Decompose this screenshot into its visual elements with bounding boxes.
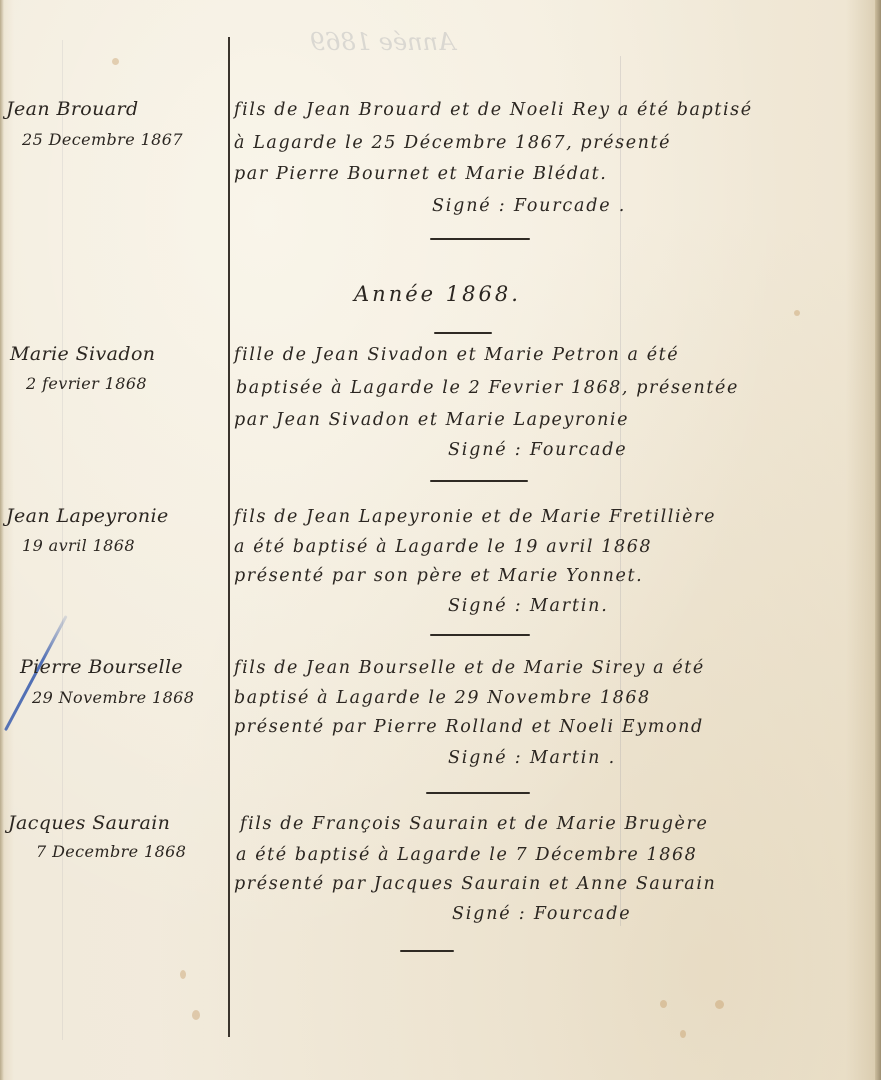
page-left-edge (0, 0, 4, 1080)
page-binding-edge (875, 0, 881, 1080)
signature: Signé : Martin . (448, 748, 616, 768)
faint-guide-rule (620, 56, 621, 926)
entry-text-line: baptisé à Lagarde le 29 Novembre 1868 (234, 688, 651, 708)
margin-date: 29 Novembre 1868 (32, 688, 194, 707)
margin-name: Jacques Saurain (8, 812, 170, 834)
entry-text-line: présenté par Pierre Rolland et Noeli Eym… (234, 717, 704, 737)
entry-text-line: présenté par son père et Marie Yonnet. (234, 566, 643, 586)
signature: Signé : Fourcade (452, 904, 631, 924)
heading-underline (434, 332, 492, 334)
entry-text-line: fille de Jean Sivadon et Marie Petron a … (234, 345, 679, 365)
entry-separator (430, 238, 530, 240)
entry-text-line: fils de François Saurain et de Marie Bru… (240, 814, 708, 834)
foxing-spot (794, 310, 800, 316)
foxing-spot (715, 1000, 724, 1009)
bleed-through-text (10, 258, 870, 282)
entry-text-line: par Jean Sivadon et Marie Lapeyronie (234, 410, 629, 430)
register-page: Année 1869 Jean Brouard 25 Decembre 1867… (0, 0, 881, 1080)
margin-name: Jean Brouard (6, 98, 139, 120)
entry-separator (400, 950, 454, 952)
margin-rule (228, 37, 230, 1037)
margin-date: 19 avril 1868 (22, 536, 135, 555)
margin-name: Pierre Bourselle (20, 656, 183, 678)
margin-date: 7 Decembre 1868 (36, 842, 186, 861)
entry-text-line: à Lagarde le 25 Décembre 1867, présenté (234, 133, 671, 153)
foxing-spot (660, 1000, 667, 1008)
margin-name: Jean Lapeyronie (6, 505, 169, 527)
signature: Signé : Fourcade . (432, 196, 626, 216)
entry-separator (430, 634, 530, 636)
entry-text-line: a été baptisé à Lagarde le 7 Décembre 18… (236, 845, 697, 865)
entry-text-line: baptisée à Lagarde le 2 Fevrier 1868, pr… (236, 378, 739, 398)
entry-text-line: fils de Jean Lapeyronie et de Marie Fret… (234, 507, 716, 527)
entry-text-line: a été baptisé à Lagarde le 19 avril 1868 (234, 537, 652, 557)
margin-date: 2 fevrier 1868 (26, 374, 147, 393)
foxing-spot (112, 58, 119, 65)
entry-text-line: par Pierre Bournet et Marie Blédat. (234, 164, 607, 184)
foxing-spot (192, 1010, 200, 1020)
entry-text-line: fils de Jean Bourselle et de Marie Sirey… (234, 658, 705, 678)
margin-date: 25 Decembre 1867 (22, 130, 183, 149)
signature: Signé : Fourcade (448, 440, 627, 460)
bleed-through-heading: Année 1869 (310, 28, 455, 56)
margin-name: Marie Sivadon (10, 343, 155, 365)
year-heading: Année 1868. (354, 282, 521, 306)
foxing-spot (680, 1030, 686, 1038)
entry-text-line: présenté par Jacques Saurain et Anne Sau… (234, 874, 716, 894)
signature: Signé : Martin. (448, 596, 609, 616)
entry-text-line: fils de Jean Brouard et de Noeli Rey a é… (234, 100, 753, 120)
entry-separator (430, 480, 528, 482)
entry-separator (426, 792, 530, 794)
foxing-spot (180, 970, 186, 979)
